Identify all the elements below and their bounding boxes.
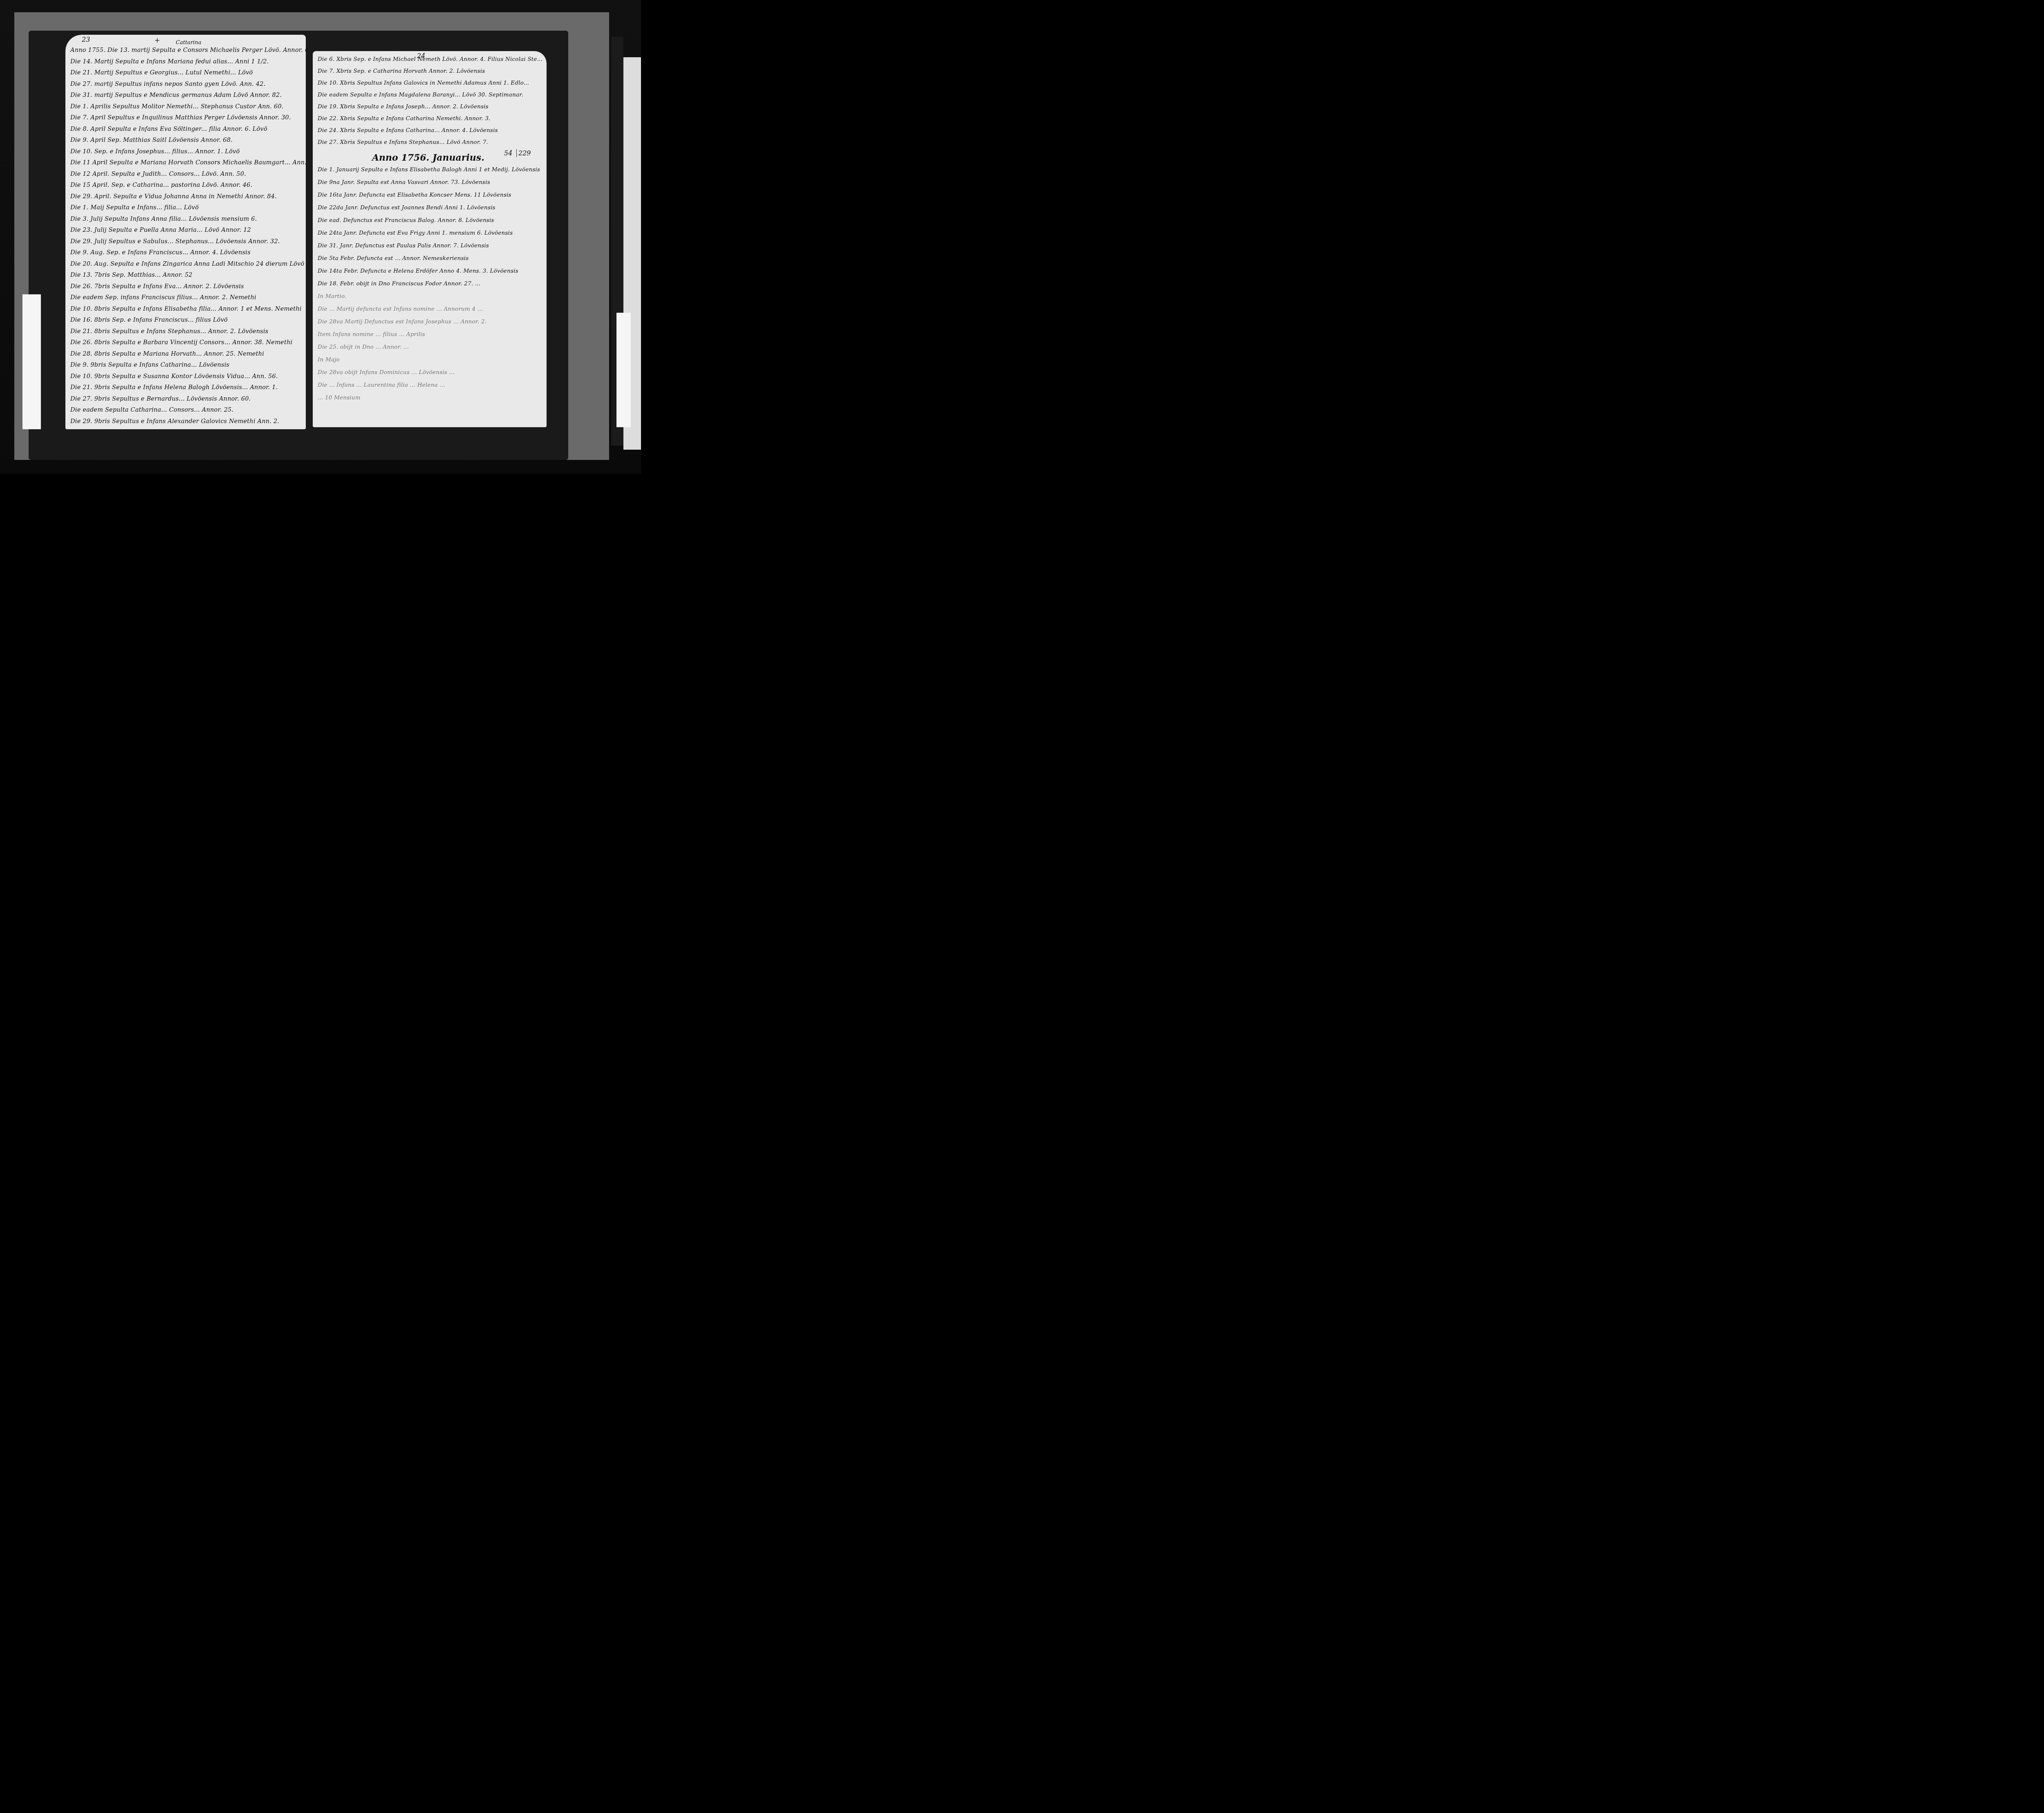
register-entry: Die 26. 8bris Sepulta e Barbara Vincenti… [70, 339, 303, 346]
register-entry: Die 27. 9bris Sepultus e Bernardus... Lö… [70, 396, 303, 402]
register-entry: Die 9. 9bris Sepulta e Infans Catharina.… [70, 362, 303, 368]
register-entry: Die ... Infans ... Laurentina filia ... … [318, 382, 543, 388]
register-entry: Die 10. Xbris Sepultus Infans Galovics i… [318, 80, 543, 86]
register-entry: Anno 1755. Die 13. martij Sepulta e Cons… [70, 47, 303, 54]
year-heading: Anno 1756. Januarius. [372, 152, 484, 163]
register-entry: Die 11 April Sepulta e Mariana Horvath C… [70, 159, 303, 166]
register-entry: Die 20. Aug. Sepulta e Infans Zingarica … [70, 261, 303, 267]
register-entry: Die 14. Martij Sepulta e Infans Mariana … [70, 58, 303, 65]
marginal-note: Cattarina [176, 40, 201, 46]
folio-number: 229 [516, 149, 531, 157]
register-entry: Die 8. April Sepulta e Infans Eva Söltin… [70, 126, 303, 132]
register-entry: Die 21. Martij Sepultus e Georgius... Lu… [70, 69, 303, 76]
paper-slip [22, 294, 41, 429]
paper-slip [616, 313, 631, 427]
register-entry: Die 26. 7bris Sepulta e Infans Eva... An… [70, 283, 303, 290]
register-entry: Die 10. 8bris Sepulta e Infans Elisabeth… [70, 306, 303, 312]
register-entry: Die 27. martij Sepultus infans nepos San… [70, 81, 303, 87]
register-entry: In Majo [318, 356, 543, 363]
register-entry: Die 29. Julij Sepultus e Sabulus... Step… [70, 238, 303, 245]
register-entry: Die eadem Sepulta Catharina... Consors..… [70, 407, 303, 413]
register-entry: Die 10. 9bris Sepulta e Susanna Kontor L… [70, 373, 303, 380]
register-entry: Die 24. Xbris Sepulta e Infans Catharina… [318, 127, 543, 134]
register-entry: Die 22. Xbris Sepulta e Infans Catharina… [318, 115, 543, 122]
register-entry: Die 31. Janr. Defunctus est Paulus Palis… [318, 242, 543, 249]
register-entry: Die 27. Xbris Sepultus e Infans Stephanu… [318, 139, 543, 146]
register-entry: Die 1. Januarij Sepulta e Infans Elisabe… [318, 166, 543, 173]
register-entry: Die 21. 8bris Sepultus e Infans Stephanu… [70, 328, 303, 335]
cross-mark: + [155, 36, 160, 44]
register-entry: Die 19. Xbris Sepulta e Infans Joseph...… [318, 103, 543, 110]
register-entry: Die eadem Sep. infans Franciscus filius.… [70, 294, 303, 301]
register-entry: Die 29. 9bris Sepultus e Infans Alexande… [70, 418, 303, 425]
register-entry: Die ... Martij defuncta est Infans nomin… [318, 306, 543, 312]
register-entry: Die 7. April Sepultus e Inquilinus Matth… [70, 114, 303, 121]
register-entry: Die 7. Xbris Sep. e Catharina Horvath An… [318, 68, 543, 74]
register-entry: Die eadem Sepulta e Infans Magdalena Bar… [318, 92, 543, 98]
register-entry: Die 28. 8bris Sepulta e Mariana Horvath.… [70, 351, 303, 357]
register-entry: Die 13. 7bris Sep. Matthias... Annor. 52 [70, 272, 303, 278]
register-entry: Die 9. Aug. Sep. e Infans Franciscus... … [70, 249, 303, 256]
register-entry: Die 16. 8bris Sep. e Infans Franciscus..… [70, 317, 303, 323]
register-entry: Die 1. Aprilis Sepultus Molitor Nemethi.… [70, 103, 303, 110]
register-entry: Die 31. martij Sepultus e Mendicus germa… [70, 92, 303, 99]
register-entry: Die 16ta Janr. Defuncta est Elisabetha K… [318, 192, 543, 198]
right-page: 24 Die 6. Xbris Sep. e Infans Michael Ne… [313, 51, 547, 427]
register-entry: Die 10. Sep. e Infans Josephus... filius… [70, 148, 303, 155]
register-entry: Die 22da Janr. Defunctus est Joannes Ben… [318, 204, 543, 211]
register-entry: Die 5ta Febr. Defuncta est ... Annor. Ne… [318, 255, 543, 262]
left-page: 23 + Cattarina Anno 1755. Die 13. martij… [65, 35, 306, 429]
register-entry: Die 12 April. Sepulta e Judith... Consor… [70, 171, 303, 177]
register-entry: Die 1. Maij Sepulta e Infans... filia...… [70, 204, 303, 211]
register-entry: Die 3. Julij Sepulta Infans Anna filia..… [70, 216, 303, 222]
register-entry: Item Infans nomine ... filius ... Aprili… [318, 331, 543, 338]
register-entry: Die ead. Defunctus est Franciscus Balog.… [318, 217, 543, 224]
register-entry: Die 9na Janr. Sepulta est Anna Vasvari A… [318, 179, 543, 186]
register-entry: Die 23. Julij Sepulta e Puella Anna Mari… [70, 227, 303, 233]
register-entry: Die 18. Febr. obijt in Dno Franciscus Fo… [318, 280, 543, 287]
register-entry: Die 25. obijt in Dno ... Annor. ... [318, 344, 543, 350]
register-entry: Die 9. April Sep. Matthias Saitl Lövöens… [70, 137, 303, 143]
register-entry: Die 15 April. Sep. e Catharina... pastor… [70, 182, 303, 188]
register-entry: Die 28va Martij Defunctus est Infans Jos… [318, 318, 543, 325]
register-entry: Die 14ta Febr. Defuncta e Helena Erdöfer… [318, 268, 543, 274]
register-entry: Die 24ta Janr. Defuncta est Eva Frigy An… [318, 230, 543, 236]
page-number: 23 [82, 36, 90, 43]
folio-number: 54 [504, 149, 512, 157]
register-entry: Die 28va obijt Infans Dominicus ... Lövö… [318, 369, 543, 376]
register-entry: In Martio. [318, 293, 543, 300]
register-entry: Die 21. 9bris Sepulta e Infans Helena Ba… [70, 384, 303, 391]
register-entry: Die 29. April. Sepulta e Vidua Johanna A… [70, 193, 303, 200]
register-entry: Die 6. Xbris Sep. e Infans Michael Nemet… [318, 56, 543, 63]
register-entry: ... 10 Mensium [318, 394, 543, 401]
